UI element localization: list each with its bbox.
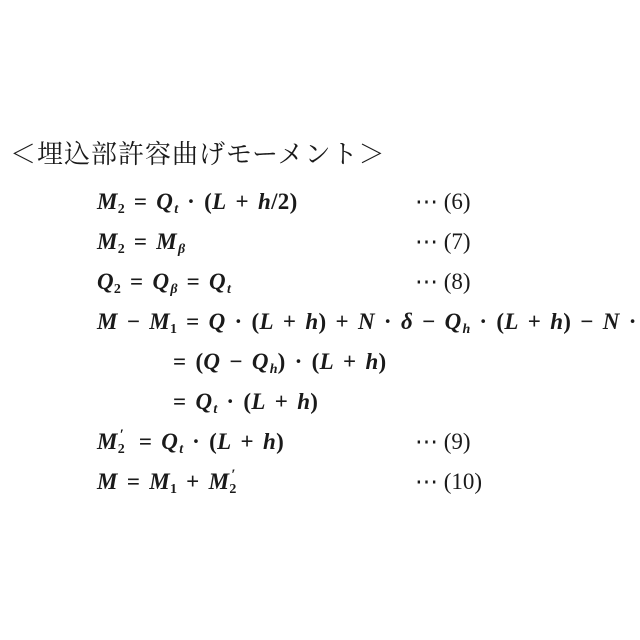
math-token: L — [217, 429, 231, 454]
prime-subscript-token: ′2 — [118, 430, 130, 456]
math-token: 2 — [118, 242, 125, 257]
math-token: = ( — [173, 349, 203, 374]
math-token: + — [231, 429, 263, 454]
math-token: · ( — [225, 309, 259, 334]
math-token: M — [97, 429, 118, 454]
math-token: N — [358, 309, 375, 334]
math-token: + — [226, 189, 258, 214]
math-token: Q — [209, 309, 226, 334]
math-token: M — [97, 189, 118, 214]
math-token: h — [263, 429, 276, 454]
equation-number: ⋯ (9) — [415, 422, 471, 462]
equation-line-8: M = M1 + M′2⋯ (10) — [97, 462, 637, 502]
math-token: = — [125, 229, 157, 254]
math-token: + — [519, 309, 551, 334]
math-token: Q — [152, 269, 169, 294]
math-token: δ — [401, 309, 413, 334]
equation-number: ⋯ (8) — [415, 262, 471, 302]
equation-number: ⋯ (10) — [415, 462, 482, 502]
equation-line-4: M − M1 = Q · (L + h) + N · δ − Qh · (L +… — [97, 302, 637, 342]
math-token: − — [413, 309, 445, 334]
math-token: M — [97, 469, 118, 494]
math-token: 1 — [170, 322, 177, 337]
prime-mark: ′ — [120, 428, 125, 443]
section-title: ＜埋込部許容曲げモーメント＞ — [10, 139, 386, 171]
equation-line-3: Q2 = Qβ = Qt⋯ (8) — [97, 262, 637, 302]
math-token: Q — [97, 269, 114, 294]
math-token: h — [258, 189, 271, 214]
math-token: ) — [310, 389, 318, 414]
math-token: = — [173, 389, 195, 414]
math-token: M — [97, 229, 118, 254]
equation-line-6: = Qt · (L + h) — [97, 382, 637, 422]
equation-line-7: M′2 = Qt · (L + h)⋯ (9) — [97, 422, 637, 462]
equation-number: ⋯ (6) — [415, 182, 471, 222]
math-token: h — [297, 389, 310, 414]
math-token: Q — [445, 309, 462, 334]
math-token: β — [178, 242, 185, 257]
math-token: · ( — [183, 429, 217, 454]
math-token: · ( — [470, 309, 504, 334]
math-token: − — [220, 349, 252, 374]
math-token: · ( — [217, 389, 251, 414]
math-token: ) · ( — [278, 349, 320, 374]
math-token: Q — [195, 389, 212, 414]
math-token: Q — [209, 269, 226, 294]
math-token: M — [97, 309, 118, 334]
math-token: ) — [379, 349, 387, 374]
prime-mark: ′ — [231, 468, 236, 483]
math-token: Q — [252, 349, 269, 374]
math-token: β — [170, 282, 177, 297]
math-token: Q — [203, 349, 220, 374]
math-token: h — [270, 362, 278, 377]
equation-number: ⋯ (7) — [415, 222, 471, 262]
math-token: M — [156, 229, 177, 254]
math-token: = — [121, 269, 153, 294]
math-token: L — [260, 309, 274, 334]
equation-block: M2 = Qt · (L + h/2)⋯ (6)M2 = Mβ⋯ (7)Q2 =… — [97, 182, 637, 502]
math-token: = — [130, 429, 162, 454]
math-token: ) − — [563, 309, 602, 334]
math-token: − — [118, 309, 150, 334]
subscript-digit: 2 — [118, 443, 125, 457]
math-token: + — [177, 469, 209, 494]
math-token: 1 — [170, 482, 177, 497]
equation-line-5: = (Q − Qh) · (L + h) — [97, 342, 637, 382]
math-token: · — [375, 309, 401, 334]
math-token: = — [125, 189, 157, 214]
math-token: · ( — [178, 189, 212, 214]
equation-line-2: M2 = Mβ⋯ (7) — [97, 222, 637, 262]
math-token: ) + — [318, 309, 357, 334]
math-token: h — [550, 309, 563, 334]
math-token: + — [334, 349, 366, 374]
document-page: ＜埋込部許容曲げモーメント＞ M2 = Qt · (L + h/2)⋯ (6)M… — [0, 0, 640, 640]
math-token: · — [620, 309, 640, 334]
math-token: = — [177, 309, 209, 334]
math-token: M — [149, 309, 170, 334]
math-token: h — [365, 349, 378, 374]
math-token: = — [118, 469, 150, 494]
math-token: L — [504, 309, 518, 334]
math-token: 2 — [118, 202, 125, 217]
math-token: M — [209, 469, 230, 494]
math-token: = — [178, 269, 210, 294]
subscript-digit: 2 — [229, 483, 236, 497]
math-token: + — [274, 309, 306, 334]
prime-subscript-token: ′2 — [229, 470, 241, 496]
math-token: ) — [276, 429, 284, 454]
math-token: /2) — [271, 189, 297, 214]
math-token: h — [305, 309, 318, 334]
math-token: M — [149, 469, 170, 494]
math-token: L — [251, 389, 265, 414]
math-token: L — [320, 349, 334, 374]
math-token: 2 — [114, 282, 121, 297]
math-token: + — [266, 389, 298, 414]
math-token: N — [603, 309, 620, 334]
math-token: Q — [161, 429, 178, 454]
math-token: t — [227, 282, 231, 297]
math-token: L — [212, 189, 226, 214]
equation-line-1: M2 = Qt · (L + h/2)⋯ (6) — [97, 182, 637, 222]
math-token: Q — [156, 189, 173, 214]
